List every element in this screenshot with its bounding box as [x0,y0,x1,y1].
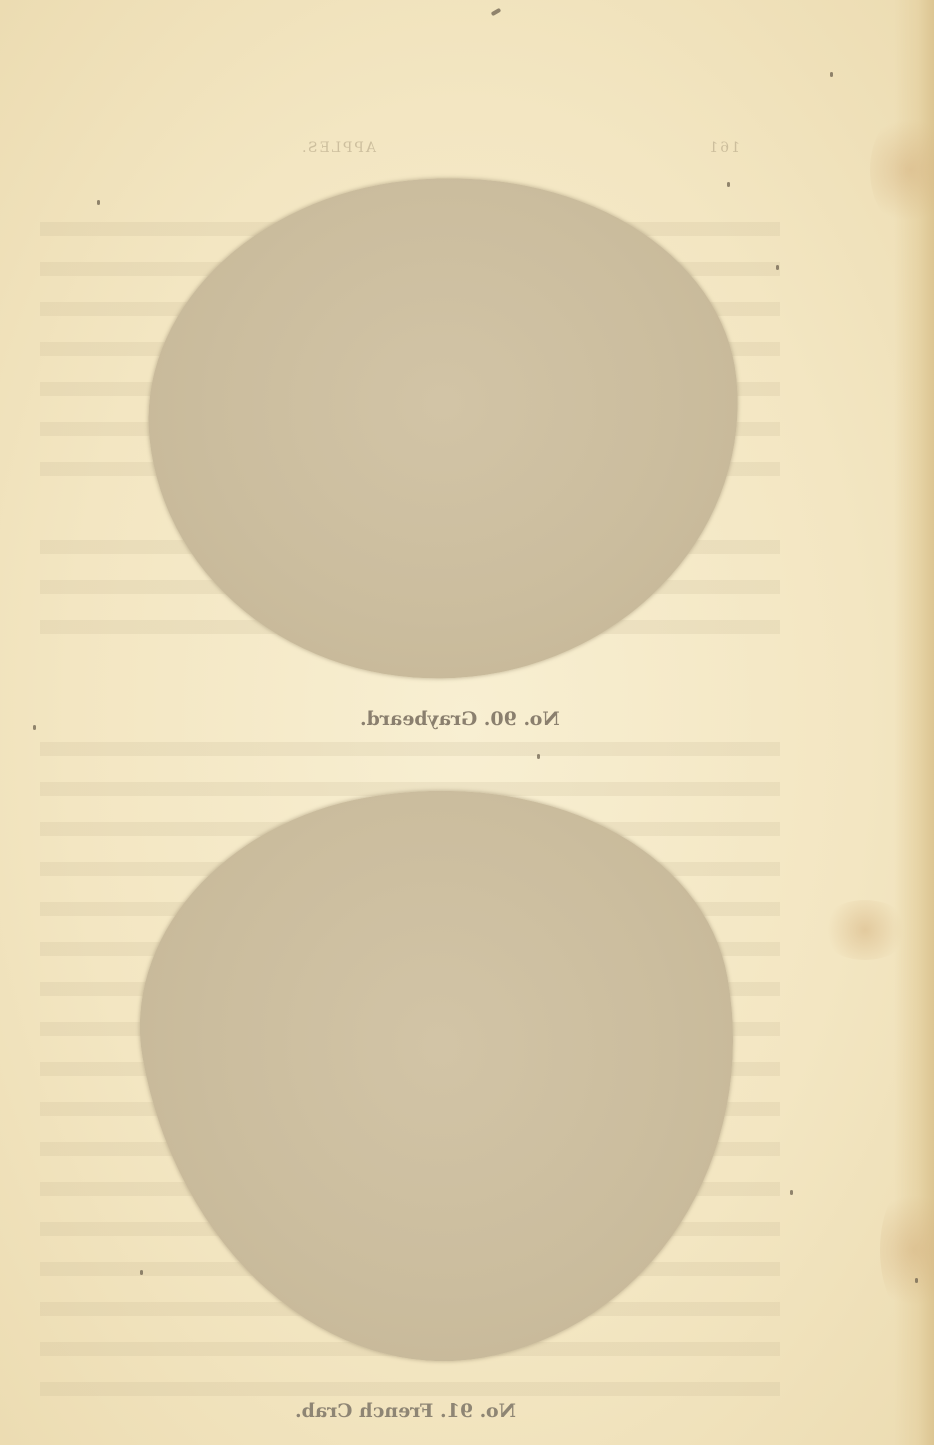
paper-stain [870,110,934,230]
running-head-title: APPLES. [300,140,376,160]
ink-speck [727,182,730,187]
ink-speck [915,1278,918,1283]
figure-caption-90: No. 90. Graybeard. [360,708,560,730]
ink-speck [830,72,833,77]
paper-stain [880,1180,934,1320]
ink-speck [140,1270,143,1275]
ink-speck [97,200,100,205]
running-head: 161 APPLES. [300,140,740,160]
ink-speck [776,265,779,270]
ink-speck [537,754,540,759]
running-head-page-number: 161 [707,140,740,160]
figure-caption-91: No. 91. French Crab. [295,1400,516,1422]
ink-speck [790,1190,793,1195]
paper-stain [820,900,910,960]
ink-speck [33,725,36,730]
ink-speck [491,8,502,16]
book-page: 161 APPLES. No. 90. Graybeard. No. 91. F… [0,0,934,1445]
